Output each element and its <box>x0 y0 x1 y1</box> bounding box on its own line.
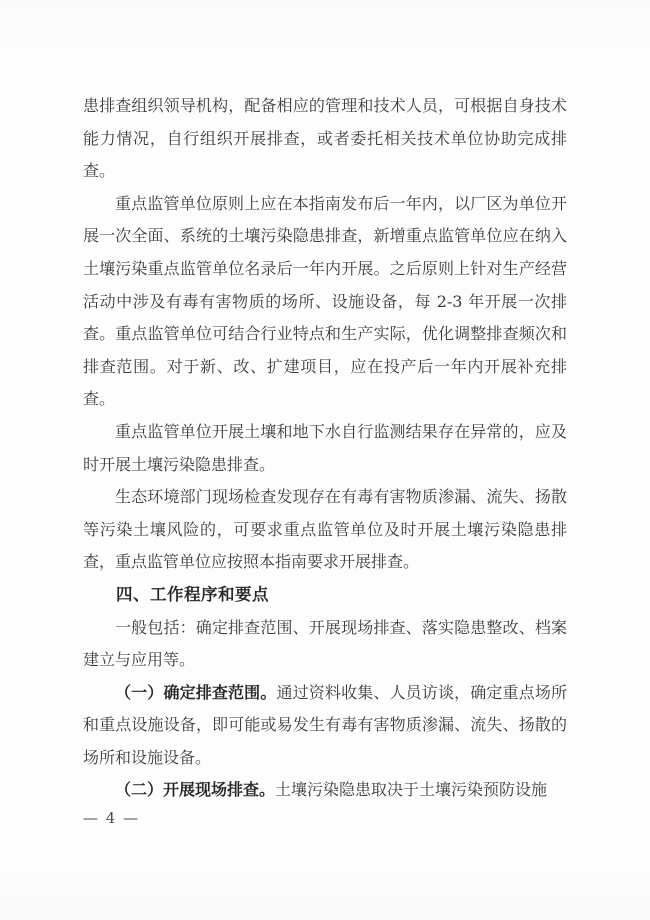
item2-text: 土壤污染隐患取决于土壤污染预防设施 <box>275 780 547 799</box>
paragraph-item1: （一）确定排查范围。通过资料收集、人员访谈，确定重点场所和重点设施设备，即可能或… <box>83 677 567 775</box>
paragraph-schedule: 重点监管单位原则上应在本指南发布后一年内，以厂区为单位开展一次全面、系统的土壤污… <box>83 188 567 416</box>
paragraph-inspection: 生态环境部门现场检查发现存在有毒有害物质渗漏、流失、扬散等污染土壤风险的，可要求… <box>83 481 567 579</box>
page-number: — 4 — <box>83 808 140 828</box>
paragraph-monitoring: 重点监管单位开展土壤和地下水自行监测结果存在异常的，应及时开展土壤污染隐患排查。 <box>83 416 567 481</box>
paragraph-continuation: 患排查组织领导机构，配备相应的管理和技术人员，可根据自身技术能力情况，自行组织开… <box>83 90 567 188</box>
paragraph-item2: （二）开展现场排查。土壤污染隐患取决于土壤污染预防设施 <box>83 774 567 807</box>
item2-lead: （二）开展现场排查。 <box>115 780 275 799</box>
item1-lead: （一）确定排查范围。 <box>115 683 276 702</box>
document-page: 患排查组织领导机构，配备相应的管理和技术人员，可根据自身技术能力情况，自行组织开… <box>0 0 650 920</box>
document-body: 患排查组织领导机构，配备相应的管理和技术人员，可根据自身技术能力情况，自行组织开… <box>83 90 567 807</box>
section-heading: 四、工作程序和要点 <box>83 579 567 612</box>
paragraph-overview: 一般包括：确定排查范围、开展现场排查、落实隐患整改、档案建立与应用等。 <box>83 612 567 677</box>
